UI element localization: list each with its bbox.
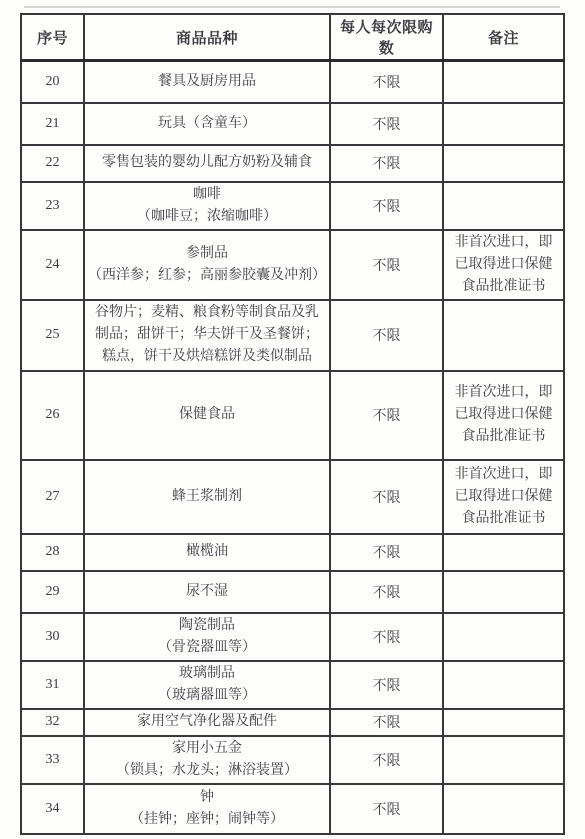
product-cell: 谷物片；麦精、粮食粉等制食品及乳制品；甜饼干；华夫饼干及圣餐饼；糕点，饼干及烘焙… <box>84 300 330 371</box>
remark-cell: 非首次进口，即已取得进口保健食品批准证书 <box>443 460 564 534</box>
product-line: 家用空气净化器及配件 <box>88 711 326 733</box>
document-page: 序号商品品种每人每次限购数备注 20餐具及厨房用品不限21玩具（含童车）不限22… <box>0 0 585 839</box>
limit-cell: 不限 <box>330 613 443 661</box>
column-header-3: 备注 <box>443 14 564 61</box>
row-number-cell: 20 <box>21 61 84 103</box>
remark-line: 已取得进口保健 <box>447 486 560 508</box>
remark-cell <box>443 61 564 103</box>
remark-line: 食品批准证书 <box>447 276 560 298</box>
row-number-cell: 25 <box>21 300 84 371</box>
remark-cell: 非首次进口，即已取得进口保健食品批准证书 <box>443 230 564 300</box>
product-line: （玻璃器皿等） <box>88 685 326 707</box>
remark-cell <box>443 300 564 371</box>
product-cell: 蜂王浆制剂 <box>84 460 330 534</box>
product-cell: 零售包装的婴幼儿配方奶粉及辅食 <box>84 145 330 182</box>
column-header-1: 商品品种 <box>84 14 330 61</box>
remark-line: 非首次进口，即 <box>447 232 560 254</box>
table-row: 23咖啡（咖啡豆；浓缩咖啡）不限 <box>21 182 564 230</box>
product-cell: 玩具（含童车） <box>84 103 330 145</box>
product-cell: 陶瓷制品（骨瓷器皿等） <box>84 613 330 661</box>
row-number-cell: 29 <box>21 571 84 613</box>
remark-line: 已取得进口保健 <box>447 254 560 276</box>
product-line: 尿不湿 <box>88 581 326 603</box>
table-row: 22零售包装的婴幼儿配方奶粉及辅食不限 <box>21 145 564 182</box>
product-cell: 钟（挂钟；座钟；闹钟等） <box>84 784 330 834</box>
product-line: （咖啡豆；浓缩咖啡） <box>88 206 326 228</box>
product-line: 制品；甜饼干；华夫饼干及圣餐饼； <box>88 324 326 346</box>
row-number-cell: 31 <box>21 661 84 709</box>
table-row: 29尿不湿不限 <box>21 571 564 613</box>
limit-cell: 不限 <box>330 460 443 534</box>
product-cell: 咖啡（咖啡豆；浓缩咖啡） <box>84 182 330 230</box>
goods-limit-table: 序号商品品种每人每次限购数备注 20餐具及厨房用品不限21玩具（含童车）不限22… <box>20 13 565 835</box>
remark-cell <box>443 145 564 182</box>
limit-cell: 不限 <box>330 230 443 300</box>
row-number-cell: 28 <box>21 534 84 571</box>
row-number-cell: 32 <box>21 709 84 736</box>
column-header-2: 每人每次限购数 <box>330 14 443 61</box>
row-number-cell: 23 <box>21 182 84 230</box>
product-cell: 家用小五金（锁具；水龙头；淋浴装置） <box>84 736 330 784</box>
table-header: 序号商品品种每人每次限购数备注 <box>21 14 564 61</box>
remark-cell <box>443 736 564 784</box>
header-row: 序号商品品种每人每次限购数备注 <box>21 14 564 61</box>
product-line: 保健食品 <box>88 404 326 426</box>
product-line: 家用小五金 <box>88 738 326 760</box>
limit-cell: 不限 <box>330 145 443 182</box>
limit-cell: 不限 <box>330 103 443 145</box>
limit-cell: 不限 <box>330 371 443 460</box>
table-body: 20餐具及厨房用品不限21玩具（含童车）不限22零售包装的婴幼儿配方奶粉及辅食不… <box>21 61 564 834</box>
product-cell: 餐具及厨房用品 <box>84 61 330 103</box>
limit-cell: 不限 <box>330 709 443 736</box>
product-line: 玩具（含童车） <box>88 113 326 135</box>
row-number-cell: 34 <box>21 784 84 834</box>
row-number-cell: 27 <box>21 460 84 534</box>
remark-line: 已取得进口保健 <box>447 404 560 426</box>
limit-cell: 不限 <box>330 571 443 613</box>
table-row: 21玩具（含童车）不限 <box>21 103 564 145</box>
row-number-cell: 24 <box>21 230 84 300</box>
row-number-cell: 22 <box>21 145 84 182</box>
table-row: 32家用空气净化器及配件不限 <box>21 709 564 736</box>
limit-cell: 不限 <box>330 661 443 709</box>
table-row: 33家用小五金（锁具；水龙头；淋浴装置）不限 <box>21 736 564 784</box>
limit-cell: 不限 <box>330 736 443 784</box>
remark-line: 非首次进口，即 <box>447 464 560 486</box>
limit-cell: 不限 <box>330 61 443 103</box>
remark-cell <box>443 534 564 571</box>
row-number-cell: 33 <box>21 736 84 784</box>
product-cell: 保健食品 <box>84 371 330 460</box>
product-line: （锁具；水龙头；淋浴装置） <box>88 760 326 782</box>
product-line: （西洋参；红参；高丽参胶囊及冲剂） <box>88 265 326 287</box>
row-number-cell: 30 <box>21 613 84 661</box>
product-line: 谷物片；麦精、粮食粉等制食品及乳 <box>88 302 326 324</box>
table-row: 30陶瓷制品（骨瓷器皿等）不限 <box>21 613 564 661</box>
product-cell: 家用空气净化器及配件 <box>84 709 330 736</box>
table-row: 26保健食品不限非首次进口，即已取得进口保健食品批准证书 <box>21 371 564 460</box>
table-row: 34钟（挂钟；座钟；闹钟等）不限 <box>21 784 564 834</box>
remark-cell <box>443 784 564 834</box>
table-row: 24参制品（西洋参；红参；高丽参胶囊及冲剂）不限非首次进口，即已取得进口保健食品… <box>21 230 564 300</box>
product-line: 玻璃制品 <box>88 663 326 685</box>
limit-cell: 不限 <box>330 182 443 230</box>
remark-line: 食品批准证书 <box>447 426 560 448</box>
product-line: 陶瓷制品 <box>88 615 326 637</box>
limit-cell: 不限 <box>330 784 443 834</box>
remark-cell <box>443 613 564 661</box>
row-number-cell: 26 <box>21 371 84 460</box>
table-row: 27蜂王浆制剂不限非首次进口，即已取得进口保健食品批准证书 <box>21 460 564 534</box>
remark-line: 非首次进口，即 <box>447 382 560 404</box>
scan-artifact-line <box>24 6 560 8</box>
product-line: 橄榄油 <box>88 541 326 563</box>
limit-cell: 不限 <box>330 300 443 371</box>
product-line: （挂钟；座钟；闹钟等） <box>88 809 326 831</box>
product-cell: 尿不湿 <box>84 571 330 613</box>
product-line: 餐具及厨房用品 <box>88 71 326 93</box>
product-line: 钟 <box>88 787 326 809</box>
product-line: 零售包装的婴幼儿配方奶粉及辅食 <box>88 152 326 174</box>
remark-cell <box>443 182 564 230</box>
remark-cell: 非首次进口，即已取得进口保健食品批准证书 <box>443 371 564 460</box>
remark-cell <box>443 571 564 613</box>
table-row: 28橄榄油不限 <box>21 534 564 571</box>
product-cell: 玻璃制品（玻璃器皿等） <box>84 661 330 709</box>
column-header-0: 序号 <box>21 14 84 61</box>
product-line: 咖啡 <box>88 184 326 206</box>
limit-cell: 不限 <box>330 534 443 571</box>
remark-cell <box>443 103 564 145</box>
table-row: 25谷物片；麦精、粮食粉等制食品及乳制品；甜饼干；华夫饼干及圣餐饼；糕点，饼干及… <box>21 300 564 371</box>
product-cell: 橄榄油 <box>84 534 330 571</box>
table-row: 31玻璃制品（玻璃器皿等）不限 <box>21 661 564 709</box>
product-cell: 参制品（西洋参；红参；高丽参胶囊及冲剂） <box>84 230 330 300</box>
remark-cell <box>443 709 564 736</box>
product-line: （骨瓷器皿等） <box>88 637 326 659</box>
product-line: 蜂王浆制剂 <box>88 486 326 508</box>
product-line: 糕点，饼干及烘焙糕饼及类似制品 <box>88 346 326 368</box>
row-number-cell: 21 <box>21 103 84 145</box>
table-row: 20餐具及厨房用品不限 <box>21 61 564 103</box>
remark-cell <box>443 661 564 709</box>
remark-line: 食品批准证书 <box>447 508 560 530</box>
product-line: 参制品 <box>88 243 326 265</box>
